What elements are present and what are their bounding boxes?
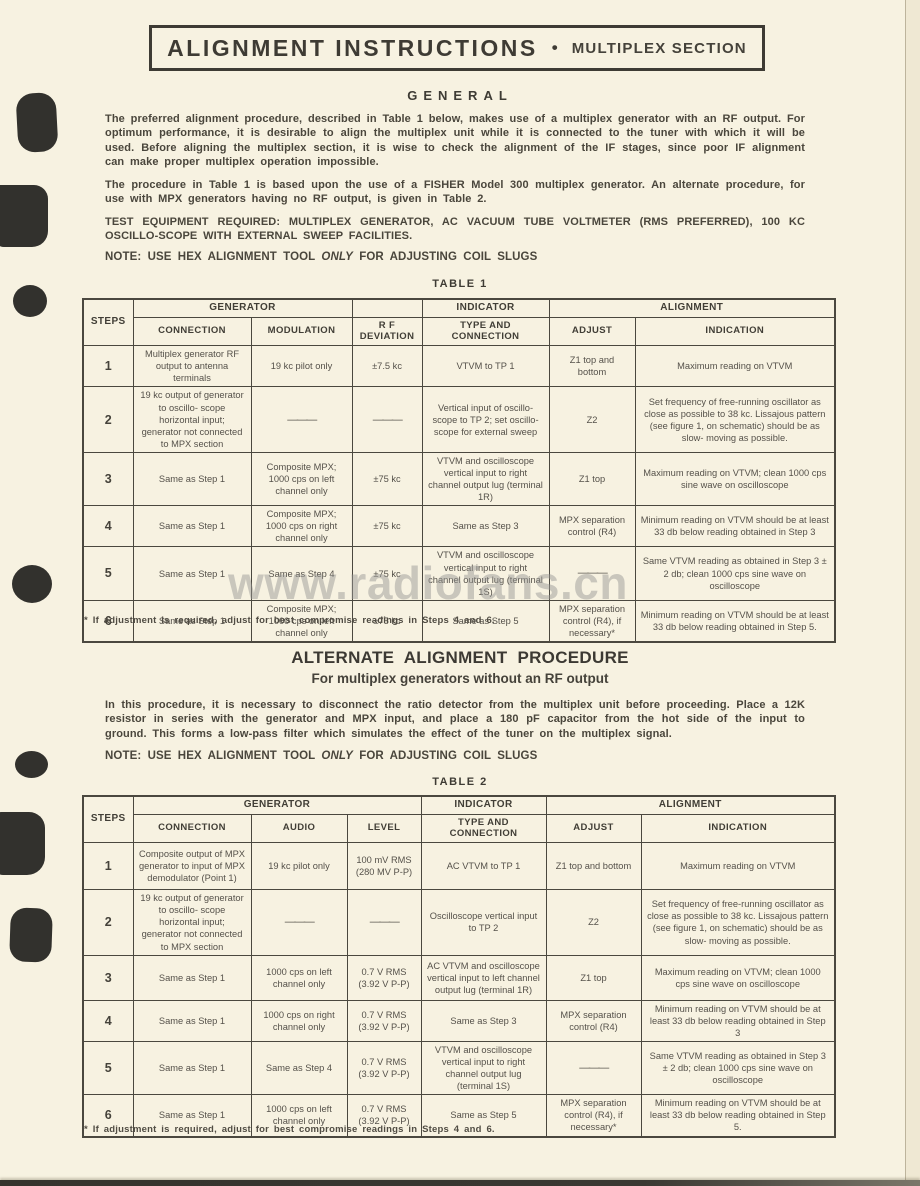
table-cell: MPX separation control (R4), if necessar… (546, 1095, 641, 1137)
adjust-header: ADJUST (549, 317, 635, 346)
connection-header: CONNECTION (133, 317, 251, 346)
punch-hole-mark (0, 185, 48, 247)
indicator-group-header: INDICATOR (421, 796, 546, 814)
step-number: 3 (83, 452, 133, 505)
table-cell: VTVM to TP 1 (422, 346, 549, 387)
indicator-group-header: INDICATOR (422, 299, 549, 317)
table-cell: Minimum reading on VTVM should be at lea… (635, 506, 835, 547)
step-number: 1 (83, 346, 133, 387)
general-heading: GENERAL (0, 88, 920, 103)
table-cell: Same as Step 1 (133, 955, 251, 1000)
table-cell: ——— (352, 387, 422, 452)
table1-caption: TABLE 1 (0, 278, 920, 290)
page-right-edge (905, 0, 920, 1186)
note-emphasis: ONLY (321, 251, 353, 263)
alternate-heading: ALTERNATE ALIGNMENT PROCEDURE (0, 648, 920, 668)
table-row: 1Composite output of MPX generator to in… (83, 843, 835, 890)
note-suffix: FOR ADJUSTING COIL SLUGS (353, 750, 537, 762)
watermark-text: www.radiofans.cn (228, 556, 698, 610)
step-number: 5 (83, 1041, 133, 1094)
table-cell: Composite MPX; 1000 cps on right channel… (251, 506, 352, 547)
table-cell: Minimum reading on VTVM should be at lea… (641, 1000, 835, 1041)
table2-caption: TABLE 2 (0, 776, 920, 788)
page-title: ALIGNMENT INSTRUCTIONS (167, 35, 538, 62)
table-cell: Same as Step 1 (133, 452, 251, 505)
table-cell: 19 kc pilot only (251, 843, 347, 890)
table-cell: MPX separation control (R4) (549, 506, 635, 547)
note-prefix: NOTE: USE HEX ALIGNMENT TOOL (105, 750, 321, 762)
generator-group-header: GENERATOR (133, 299, 352, 317)
table-cell: 19 kc output of generator to oscillo- sc… (133, 890, 251, 955)
table1-column-header-row: CONNECTION MODULATION R F DEVIATION TYPE… (83, 317, 835, 346)
table-cell: Same as Step 1 (133, 506, 251, 547)
table-row: 1Multiplex generator RF output to antenn… (83, 346, 835, 387)
step-number: 2 (83, 890, 133, 955)
table-row: 4Same as Step 1Composite MPX; 1000 cps o… (83, 506, 835, 547)
table-cell: Z2 (546, 890, 641, 955)
step-number: 3 (83, 955, 133, 1000)
table-cell: Z1 top and bottom (549, 346, 635, 387)
punch-hole-mark (15, 751, 48, 778)
hex-tool-note: NOTE: USE HEX ALIGNMENT TOOL ONLY FOR AD… (105, 749, 805, 764)
test-equipment-paragraph: TEST EQUIPMENT REQUIRED: MULTIPLEX GENER… (105, 215, 805, 244)
table-cell: Same as Step 3 (421, 1000, 546, 1041)
table-2: STEPS GENERATOR INDICATOR ALIGNMENT CONN… (82, 795, 836, 1138)
table2-footnote: * If adjustment is required, adjust for … (84, 1124, 495, 1135)
table-cell: Same VTVM reading as obtained in Step 3 … (641, 1041, 835, 1094)
procedure-paragraph: The procedure in Table 1 is based upon t… (105, 178, 805, 207)
intro-paragraph: The preferred alignment procedure, descr… (105, 112, 805, 169)
scanned-manual-page: ALIGNMENT INSTRUCTIONS • MULTIPLEX SECTI… (0, 0, 920, 1186)
table-cell: Composite MPX; 1000 cps on left channel … (251, 452, 352, 505)
connection-header: CONNECTION (133, 814, 251, 843)
table-cell: Same as Step 4 (251, 1041, 347, 1094)
table-cell: Vertical input of oscillo- scope to TP 2… (422, 387, 549, 452)
step-number: 2 (83, 387, 133, 452)
table-cell: Maximum reading on VTVM; clean 1000 cps … (635, 452, 835, 505)
table1-footnote: * If adjustment is required, adjust for … (84, 615, 495, 626)
rf-deviation-header: R F DEVIATION (352, 317, 422, 346)
table-cell: Z1 top (549, 452, 635, 505)
table-cell: Minimum reading on VTVM should be at lea… (641, 1095, 835, 1137)
table-row: 3Same as Step 1Composite MPX; 1000 cps o… (83, 452, 835, 505)
table-cell: ±75 kc (352, 506, 422, 547)
alignment-group-header: ALIGNMENT (546, 796, 835, 814)
table-cell: VTVM and oscilloscope vertical input to … (422, 452, 549, 505)
table-cell: Maximum reading on VTVM (641, 843, 835, 890)
step-number: 4 (83, 506, 133, 547)
table-cell: ±75 kc (352, 452, 422, 505)
table-cell: 19 kc pilot only (251, 346, 352, 387)
table1-group-header-row: STEPS GENERATOR INDICATOR ALIGNMENT (83, 299, 835, 317)
indication-header: INDICATION (641, 814, 835, 843)
page-title-box: ALIGNMENT INSTRUCTIONS • MULTIPLEX SECTI… (149, 25, 765, 71)
punch-hole-mark (12, 565, 52, 603)
table-cell: Same as Step 1 (133, 1041, 251, 1094)
table-cell: Maximum reading on VTVM; clean 1000 cps … (641, 955, 835, 1000)
type-and-connection-header: TYPE AND CONNECTION (421, 814, 546, 843)
type-and-connection-header: TYPE AND CONNECTION (422, 317, 549, 346)
table-cell: Set frequency of free-running oscillator… (635, 387, 835, 452)
table2-group-header-row: STEPS GENERATOR INDICATOR ALIGNMENT (83, 796, 835, 814)
table-cell: 0.7 V RMS (3.92 V P-P) (347, 955, 421, 1000)
table2-column-header-row: CONNECTION AUDIO LEVEL TYPE AND CONNECTI… (83, 814, 835, 843)
table-cell: AC VTVM and oscilloscope vertical input … (421, 955, 546, 1000)
punch-hole-mark (0, 812, 45, 875)
note-prefix: NOTE: USE HEX ALIGNMENT TOOL (105, 251, 321, 263)
table-cell: Z1 top (546, 955, 641, 1000)
table-cell: Same as Step 3 (422, 506, 549, 547)
table-cell: 0.7 V RMS (3.92 V P-P) (347, 1000, 421, 1041)
table-row: 3Same as Step 11000 cps on left channel … (83, 955, 835, 1000)
table-cell: MPX separation control (R4) (546, 1000, 641, 1041)
bullet-separator: • (552, 38, 558, 58)
table-cell: AC VTVM to TP 1 (421, 843, 546, 890)
table-cell: 1000 cps on right channel only (251, 1000, 347, 1041)
table-cell: 0.7 V RMS (3.92 V P-P) (347, 1041, 421, 1094)
modulation-header: MODULATION (251, 317, 352, 346)
punch-hole-mark (9, 907, 53, 962)
note-emphasis: ONLY (321, 750, 353, 762)
table-cell: ——— (251, 387, 352, 452)
table-cell: ——— (347, 890, 421, 955)
table-cell: 1000 cps on left channel only (251, 955, 347, 1000)
table-row: 4Same as Step 11000 cps on right channel… (83, 1000, 835, 1041)
hex-tool-note: NOTE: USE HEX ALIGNMENT TOOL ONLY FOR AD… (105, 250, 805, 265)
step-number: 5 (83, 547, 133, 600)
table-cell: Oscilloscope vertical input to TP 2 (421, 890, 546, 955)
indication-header: INDICATION (635, 317, 835, 346)
table-row: 219 kc output of generator to oscillo- s… (83, 387, 835, 452)
table-cell: Set frequency of free-running oscillator… (641, 890, 835, 955)
table-cell: Multiplex generator RF output to antenna… (133, 346, 251, 387)
table-cell: Composite output of MPX generator to inp… (133, 843, 251, 890)
table-row: 5Same as Step 1Same as Step 40.7 V RMS (… (83, 1041, 835, 1094)
table-cell: ±7.5 kc (352, 346, 422, 387)
level-header: LEVEL (347, 814, 421, 843)
steps-header: STEPS (83, 796, 133, 843)
generator-group-header: GENERATOR (133, 796, 421, 814)
alternate-subheading: For multiplex generators without an RF o… (0, 671, 920, 686)
step-number: 4 (83, 1000, 133, 1041)
alignment-group-header: ALIGNMENT (549, 299, 835, 317)
page-bottom-edge (0, 1180, 920, 1186)
table-cell: 100 mV RMS (280 MV P-P) (347, 843, 421, 890)
rf-deviation-spacer-header (352, 299, 422, 317)
table-cell: 19 kc output of generator to oscillo- sc… (133, 387, 251, 452)
table-row: 219 kc output of generator to oscillo- s… (83, 890, 835, 955)
note-suffix: FOR ADJUSTING COIL SLUGS (353, 251, 537, 263)
adjust-header: ADJUST (546, 814, 641, 843)
steps-header: STEPS (83, 299, 133, 346)
audio-header: AUDIO (251, 814, 347, 843)
page-subtitle: MULTIPLEX SECTION (572, 40, 747, 57)
table-cell: ——— (546, 1041, 641, 1094)
table-cell: Same as Step 1 (133, 1000, 251, 1041)
step-number: 1 (83, 843, 133, 890)
alternate-paragraph: In this procedure, it is necessary to di… (105, 698, 805, 741)
table-cell: VTVM and oscilloscope vertical input to … (421, 1041, 546, 1094)
table-cell: Maximum reading on VTVM (635, 346, 835, 387)
table-cell: ——— (251, 890, 347, 955)
table-cell: Z1 top and bottom (546, 843, 641, 890)
table-cell: Z2 (549, 387, 635, 452)
